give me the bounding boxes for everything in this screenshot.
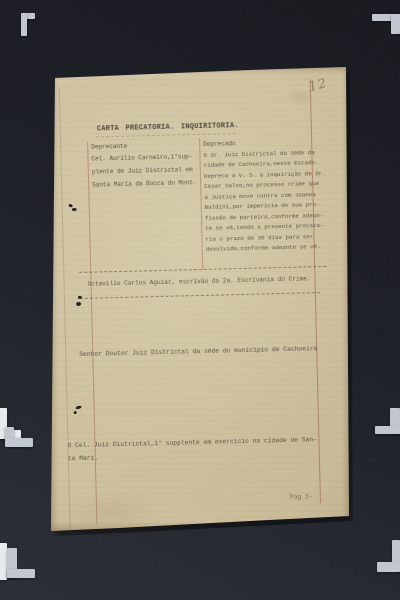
- closing-lines: O Cel. Juiz Districtal,1° supplente em e…: [67, 436, 317, 468]
- handwritten-page-number: 12: [307, 76, 329, 95]
- ink-blot: [68, 204, 73, 208]
- deprecado-header: Deprecado: [203, 140, 236, 148]
- ink-blot: [72, 208, 77, 211]
- ink-blot: [74, 411, 77, 414]
- deprecado-column: O Sr. Juiz Districtal da Séde da cidade …: [203, 149, 327, 256]
- ink-blot: [76, 302, 81, 306]
- addressee-line: Senhor Doutor Juiz Districtal da séde do…: [79, 345, 317, 358]
- deprecante-header: Deprecante: [91, 143, 127, 151]
- document-content: 12 CARTA PRECATORIA. INQUIRITORIA. Depre…: [0, 0, 400, 600]
- title-underline: [96, 133, 236, 137]
- typed-line: Santa Maria da Bocca do Mont.: [92, 179, 197, 195]
- typed-dashed-separator: [80, 292, 320, 299]
- deprecante-column: Cel. Aurilio Carneiro,1°sup- plente de J…: [91, 153, 196, 195]
- typed-line: devolvida,conforme adeante se vê.: [206, 243, 328, 256]
- clerk-line: Octavilio Carlos Aguiar, escrivão da 2a.…: [87, 275, 310, 287]
- page-footer-note: Pag 5-: [290, 493, 313, 501]
- ink-blot: [75, 405, 82, 410]
- archival-photo: 12 CARTA PRECATORIA. INQUIRITORIA. Depre…: [0, 0, 400, 600]
- document-title: CARTA PRECATORIA. INQUIRITORIA.: [97, 122, 239, 133]
